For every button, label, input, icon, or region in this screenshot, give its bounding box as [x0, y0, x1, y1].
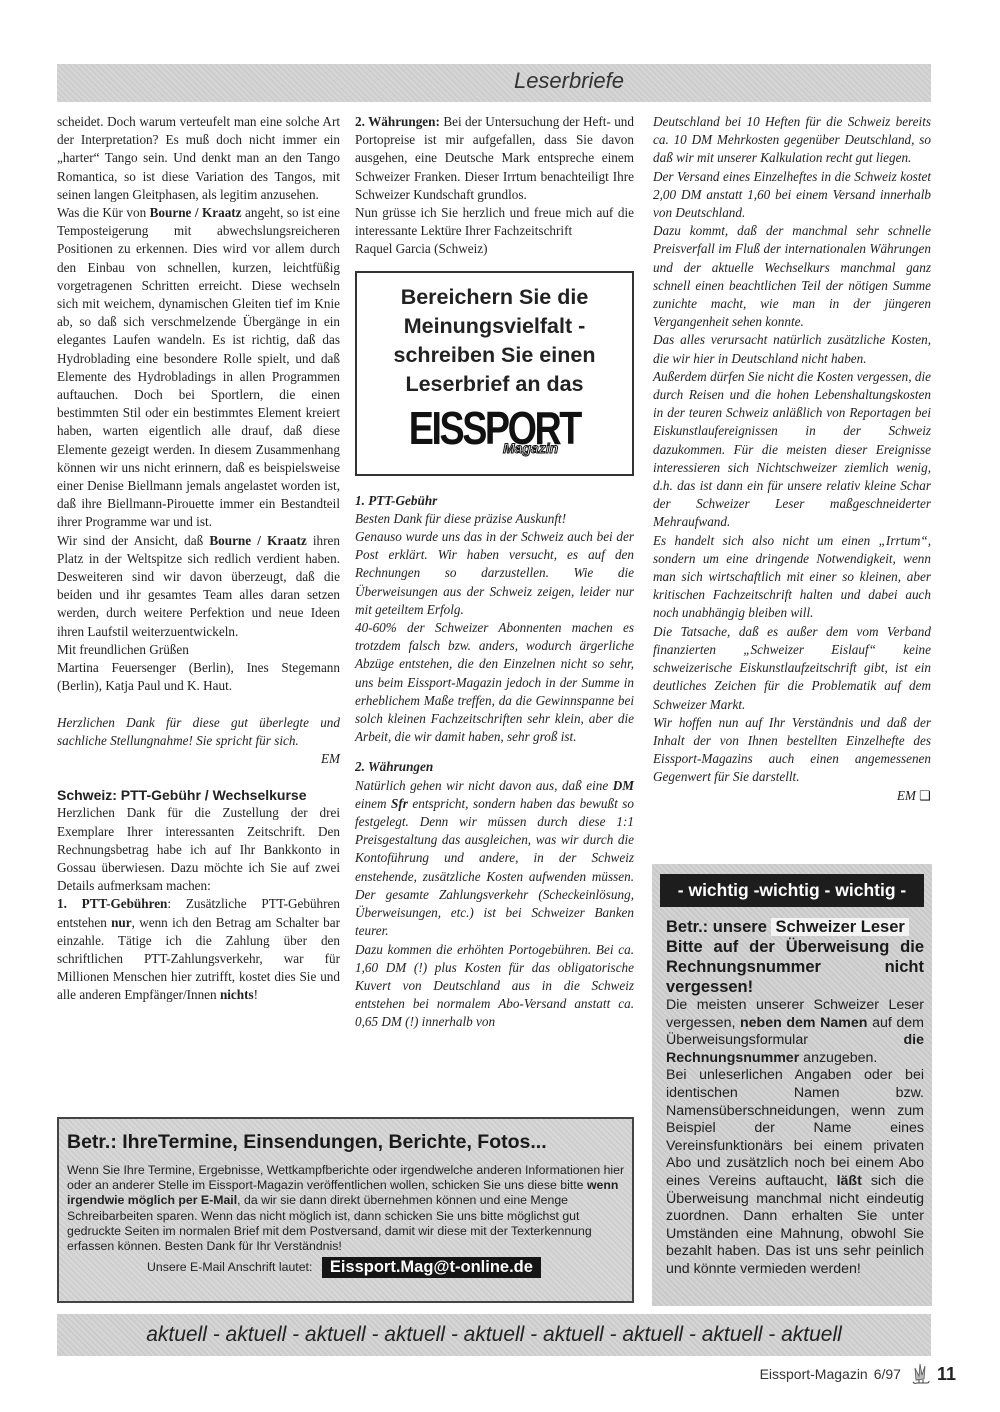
email-address-link[interactable]: Eissport.Mag@t-online.de	[322, 1257, 541, 1278]
letter2-signature: Raquel Garcia (Schweiz)	[355, 240, 634, 258]
aktuell-banner: aktuell - aktuell - aktuell - aktuell - …	[57, 1314, 931, 1356]
promo-line: Meinungsvielfalt -	[357, 312, 632, 341]
wichtig-paragraph: Die meisten unserer Schweizer Leser verg…	[666, 997, 924, 1067]
column-2: 2. Währungen: Bei der Untersuchung der H…	[355, 113, 634, 1032]
reply-paragraph: Es handelt sich also nicht um einen „Irr…	[653, 532, 931, 623]
email-row: Unsere E-Mail Anschrift lautet: Eissport…	[67, 1257, 632, 1278]
reply-paragraph: Dazu kommt, daß der manchmal sehr schnel…	[653, 222, 931, 331]
letter1-paragraph: Was die Kür von Bourne / Kraatz angeht, …	[57, 204, 340, 532]
column-1: scheidet. Doch warum verteufelt man eine…	[57, 113, 340, 1005]
submissions-notice-box: Betr.: IhreTermine, Einsendungen, Berich…	[57, 1117, 634, 1303]
reply-paragraph: Wir hoffen nun auf Ihr Verständnis und d…	[653, 714, 931, 787]
reply1-paragraph: Genauso wurde uns das in der Schweiz auc…	[355, 528, 634, 619]
reply1-heading: 1. PTT-Gebühr	[355, 492, 634, 510]
reply1-paragraph: Besten Dank für diese präzise Auskunft!	[355, 510, 634, 528]
reply2-paragraph: Dazu kommen die erhöhten Portogebühren. …	[355, 941, 634, 1032]
email-label: Unsere E-Mail Anschrift lautet:	[147, 1260, 312, 1274]
footer-issue: 6/97	[874, 1366, 901, 1382]
submissions-title: Betr.: IhreTermine, Einsendungen, Berich…	[67, 1129, 632, 1155]
reply2-heading: 2. Währungen	[355, 758, 634, 776]
letter1-greeting: Mit freundlichen Grüßen	[57, 641, 340, 659]
reply-sign: EM ❑	[653, 787, 931, 805]
wichtig-notice-box: - wichtig -wichtig - wichtig - Betr.: un…	[652, 864, 932, 1306]
reply-paragraph: Außerdem dürfen Sie nicht die Kosten ver…	[653, 368, 931, 532]
page-footer: Eissport-Magazin 6/97 11	[760, 1362, 956, 1386]
wichtig-paragraph: Bei unleserlichen Angaben oder bei ident…	[666, 1067, 924, 1278]
promo-line: Bereichern Sie die	[357, 283, 632, 312]
letter1-paragraph: scheidet. Doch warum verteufelt man eine…	[57, 113, 340, 204]
letter2-waehrung: 2. Währungen: Bei der Untersuchung der H…	[355, 113, 634, 204]
letter2-intro: Herzlichen Dank für die Zustellung der d…	[57, 804, 340, 895]
reply-paragraph: Deutschland bei 10 Heften für die Schwei…	[653, 113, 931, 168]
end-mark-icon: ❑	[919, 788, 931, 803]
section-title: Leserbriefe	[57, 68, 931, 94]
reply-paragraph: Das alles verursacht natürlich zusätzlic…	[653, 331, 931, 367]
promo-box: Bereichern Sie die Meinungsvielfalt - sc…	[355, 271, 634, 476]
reply1-paragraph: 40-60% der Schweizer Abonnenten machen e…	[355, 619, 634, 746]
letter1-signature: Martina Feuersenger (Berlin), Ines Stege…	[57, 659, 340, 695]
skate-logo-icon	[911, 1362, 931, 1386]
editor-reply: Herzlichen Dank für diese gut überlegte …	[57, 714, 340, 750]
letter1-paragraph: Wir sind der Ansicht, daß Bourne / Kraat…	[57, 532, 340, 641]
page-number: 11	[937, 1364, 956, 1385]
column-3: Deutschland bei 10 Heften für die Schwei…	[653, 113, 931, 805]
reply-paragraph: Der Versand eines Einzelheftes in die Sc…	[653, 168, 931, 223]
wichtig-banner: - wichtig -wichtig - wichtig -	[660, 874, 924, 907]
submissions-text: Wenn Sie Ihre Termine, Ergebnisse, Wettk…	[67, 1163, 632, 1254]
promo-line: Leserbrief an das	[357, 370, 632, 399]
promo-line: schreiben Sie einen	[357, 341, 632, 370]
reply2-paragraph: Natürlich gehen wir nicht davon aus, daß…	[355, 777, 634, 941]
letter2-closing: Nun grüsse ich Sie herzlich und freue mi…	[355, 204, 634, 240]
letter2-ptt: 1. PTT-Gebühren: Zusätzliche PTT-Gebühre…	[57, 895, 340, 1004]
reply-paragraph: Die Tatsache, daß es außer dem vom Verba…	[653, 623, 931, 714]
section-header-bar: Leserbriefe	[57, 64, 931, 102]
wichtig-heading: Betr.: unsere Schweizer Leser Bitte auf …	[666, 917, 924, 997]
editor-sign: EM	[57, 750, 340, 768]
eissport-logo: EISSPORT Magazin	[357, 405, 632, 461]
footer-magazine: Eissport-Magazin	[760, 1366, 868, 1382]
letter2-heading: Schweiz: PTT-Gebühr / Wechselkurse	[57, 786, 340, 804]
